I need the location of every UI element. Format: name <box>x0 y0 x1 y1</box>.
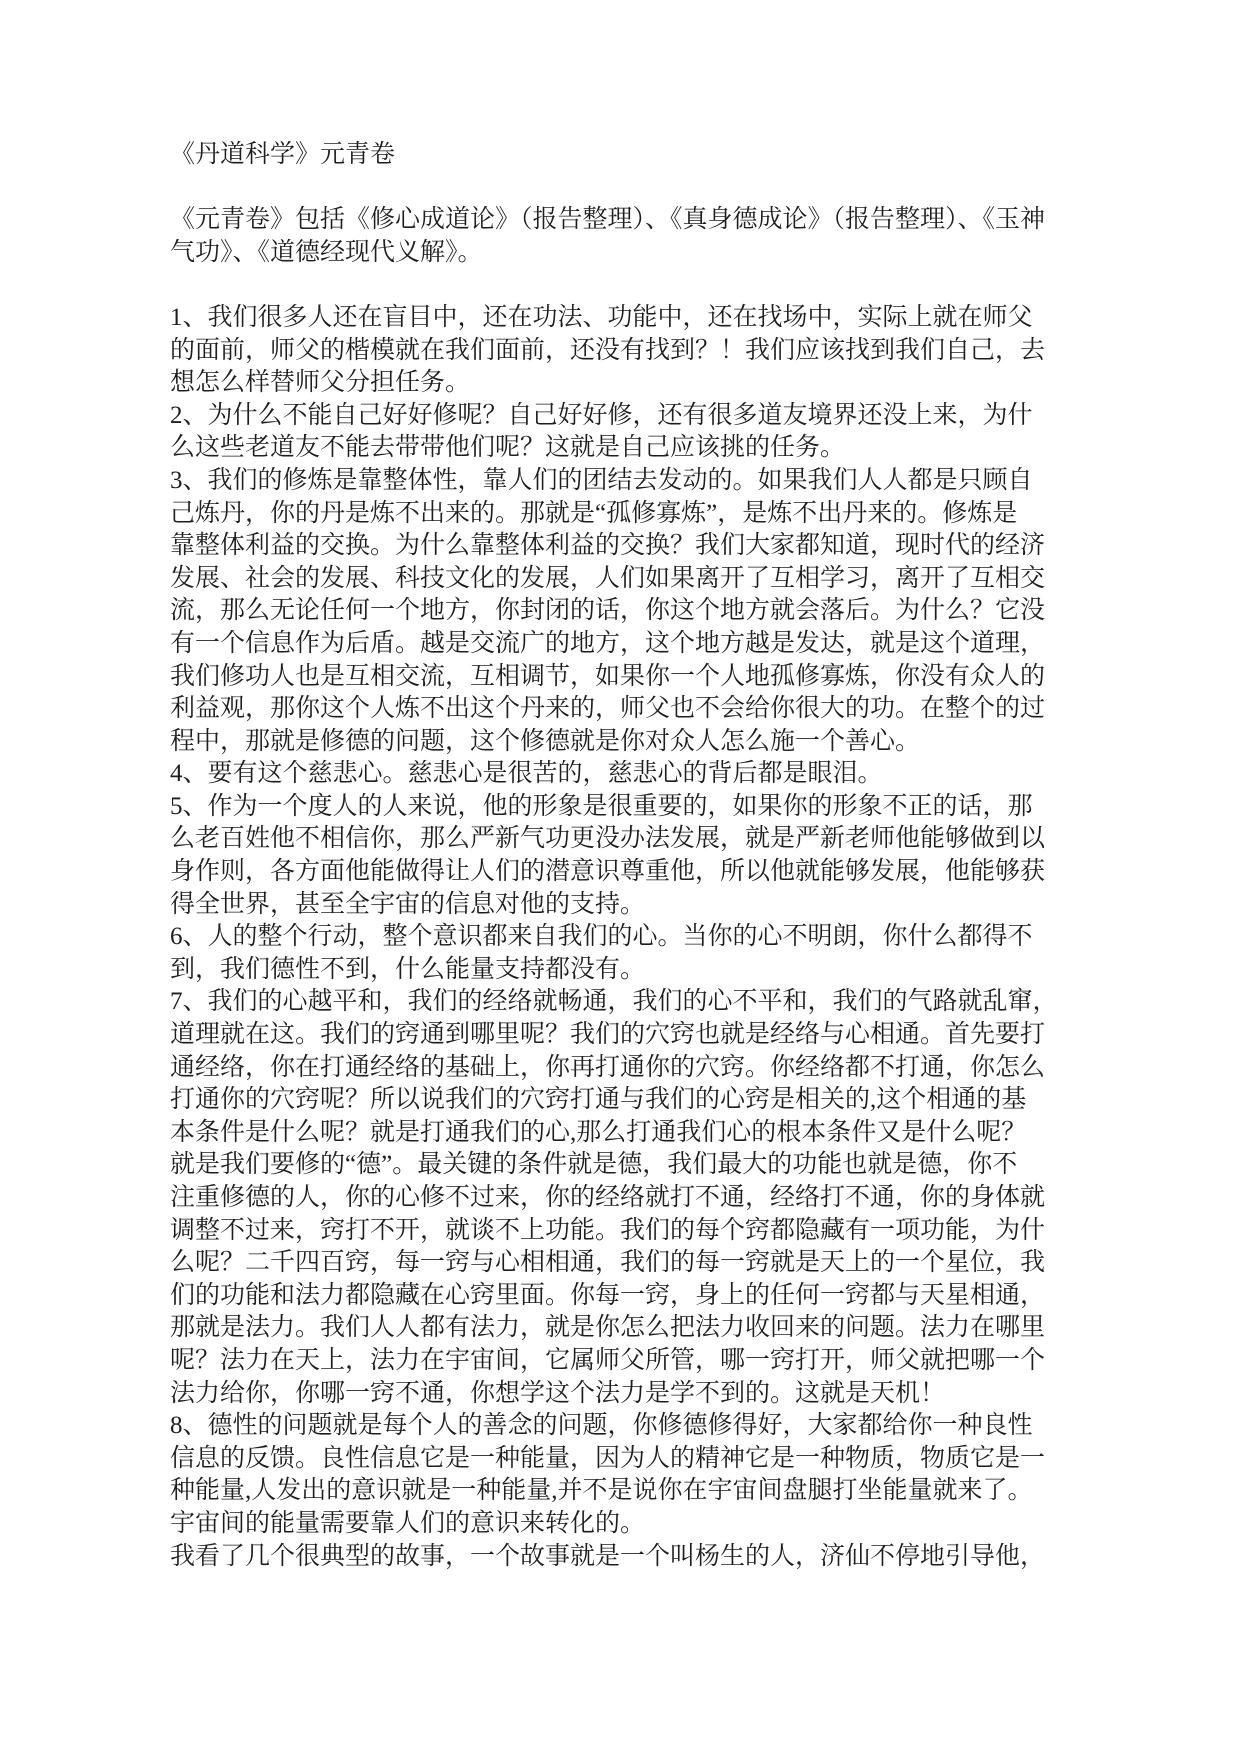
text-line: 注重修德的人，你的心修不过来，你的经络就打不通，经络打不通，你的身体就 <box>170 1182 1075 1215</box>
text-line: 己炼丹，你的丹是炼不出来的。那就是“孤修寡炼”，是炼不出丹来的。修炼是 <box>170 498 1075 531</box>
text-line: 1、我们很多人还在盲目中，还在功法、功能中，还在找场中，实际上就在师父 <box>170 302 1075 335</box>
text-line: 程中，那就是修德的问题，这个修德就是你对众人怎么施一个善心。 <box>170 726 1075 759</box>
text-line: 利益观，那你这个人炼不出这个丹来的，师父也不会给你很大的功。在整个的过 <box>170 693 1075 726</box>
text-line: 3、我们的修炼是靠整体性，靠人们的团结去发动的。如果我们人人都是只顾自 <box>170 465 1075 498</box>
text-line: 们的功能和法力都隐藏在心窍里面。你每一窍，身上的任何一窍都与天星相通， <box>170 1280 1075 1313</box>
text-line: 本条件是什么呢？就是打通我们的心,那么打通我们心的根本条件又是什么呢？ <box>170 1117 1075 1150</box>
text-line: 就是我们要修的“德”。最关键的条件就是德，我们最大的功能也就是德，你不 <box>170 1149 1075 1182</box>
text-line: 宇宙间的能量需要靠人们的意识来转化的。 <box>170 1508 1075 1541</box>
text-line: 得全世界，甚至全宇宙的信息对他的支持。 <box>170 889 1075 922</box>
text-line: 8、德性的问题就是每个人的善念的问题，你修德修得好，大家都给你一种良性 <box>170 1410 1075 1443</box>
text-line: 么这些老道友不能去带带他们呢？这就是自己应该挑的任务。 <box>170 432 1075 465</box>
text-line: 那就是法力。我们人人都有法力，就是你怎么把法力收回来的问题。法力在哪里 <box>170 1312 1075 1345</box>
text-line: 调整不过来，窍打不开，就谈不上功能。我们的每个窍都隐藏有一项功能，为什 <box>170 1215 1075 1248</box>
paragraph-item-6: 6、人的整个行动，整个意识都来自我们的心。当你的心不明朗，你什么都得不到，我们德… <box>170 921 1075 986</box>
text-line: 有一个信息作为后盾。越是交流广的地方，这个地方越是发达，就是这个道理， <box>170 628 1075 661</box>
paragraph-item-2: 2、为什么不能自己好好修呢？自己好好修，还有很多道友境界还没上来，为什么这些老道… <box>170 400 1075 465</box>
text-line: 身作则，各方面他能做得让人们的潜意识尊重他，所以他就能够发展，他能够获 <box>170 856 1075 889</box>
text-line: 2、为什么不能自己好好修呢？自己好好修，还有很多道友境界还没上来，为什 <box>170 400 1075 433</box>
text-line: 我们修功人也是互相交流，互相调节，如果你一个人地孤修寡炼，你没有众人的 <box>170 661 1075 694</box>
paragraph-item-1: 1、我们很多人还在盲目中，还在功法、功能中，还在找场中，实际上就在师父的面前，师… <box>170 302 1075 400</box>
document-page: 《丹道科学》元青卷 《元青卷》包括《修心成道论》（报告整理）、《真身德成论》（报… <box>170 139 1075 1573</box>
paragraph-overview: 《元青卷》包括《修心成道论》（报告整理）、《真身德成论》（报告整理）、《玉神气功… <box>170 204 1075 269</box>
text-line: 气功》、《道德经现代义解》。 <box>170 237 1075 270</box>
text-line: 呢？法力在天上，法力在宇宙间，它属师父所管，哪一窍打开，师父就把哪一个 <box>170 1345 1075 1378</box>
text-line: 打通你的穴窍呢？所以说我们的穴窍打通与我们的心窍是相关的,这个相通的基 <box>170 1084 1075 1117</box>
document-title: 《丹道科学》元青卷 <box>170 139 1075 172</box>
paragraph-item-5: 5、作为一个度人的人来说，他的形象是很重要的，如果你的形象不正的话，那么老百姓他… <box>170 791 1075 921</box>
paragraph-item-3: 3、我们的修炼是靠整体性，靠人们的团结去发动的。如果我们人人都是只顾自己炼丹，你… <box>170 465 1075 758</box>
text-line: 发展、社会的发展、科技文化的发展，人们如果离开了互相学习，离开了互相交 <box>170 563 1075 596</box>
text-line: 通经络，你在打通经络的基础上，你再打通你的穴窍。你经络都不打通，你怎么 <box>170 1052 1075 1085</box>
text-line: 7、我们的心越平和，我们的经络就畅通，我们的心不平和，我们的气路就乱窜， <box>170 986 1075 1019</box>
paragraph-item-7: 7、我们的心越平和，我们的经络就畅通，我们的心不平和，我们的气路就乱窜，道理就在… <box>170 986 1075 1410</box>
text-line: 4、要有这个慈悲心。慈悲心是很苦的，慈悲心的背后都是眼泪。 <box>170 758 1075 791</box>
text-line: 流，那么无论任何一个地方，你封闭的话，你这个地方就会落后。为什么？它没 <box>170 595 1075 628</box>
document-body: 《元青卷》包括《修心成道论》（报告整理）、《真身德成论》（报告整理）、《玉神气功… <box>170 204 1075 1573</box>
text-line: 到，我们德性不到，什么能量支持都没有。 <box>170 954 1075 987</box>
text-line: 6、人的整个行动，整个意识都来自我们的心。当你的心不明朗，你什么都得不 <box>170 921 1075 954</box>
text-line: 靠整体利益的交换。为什么靠整体利益的交换？我们大家都知道，现时代的经济 <box>170 530 1075 563</box>
paragraph-closing: 我看了几个很典型的故事，一个故事就是一个叫杨生的人，济仙不停地引导他， <box>170 1541 1075 1574</box>
text-line: 5、作为一个度人的人来说，他的形象是很重要的，如果你的形象不正的话，那 <box>170 791 1075 824</box>
text-line: 想怎么样替师父分担任务。 <box>170 367 1075 400</box>
paragraph-item-4: 4、要有这个慈悲心。慈悲心是很苦的，慈悲心的背后都是眼泪。 <box>170 758 1075 791</box>
text-line: 种能量,人发出的意识就是一种能量,并不是说你在宇宙间盘腿打坐能量就来了。 <box>170 1475 1075 1508</box>
text-line: 的面前，师父的楷模就在我们面前，还没有找到？！我们应该找到我们自己，去 <box>170 335 1075 368</box>
paragraph-item-8: 8、德性的问题就是每个人的善念的问题，你修德修得好，大家都给你一种良性信息的反馈… <box>170 1410 1075 1540</box>
text-line: 道理就在这。我们的窍通到哪里呢？我们的穴窍也就是经络与心相通。首先要打 <box>170 1019 1075 1052</box>
text-line: 法力给你，你哪一窍不通，你想学这个法力是学不到的。这就是天机！ <box>170 1378 1075 1411</box>
text-line: 么老百姓他不相信你，那么严新气功更没办法发展，就是严新老师他能够做到以 <box>170 823 1075 856</box>
text-line: 信息的反馈。良性信息它是一种能量，因为人的精神它是一种物质，物质它是一 <box>170 1443 1075 1476</box>
text-line: 《元青卷》包括《修心成道论》（报告整理）、《真身德成论》（报告整理）、《玉神 <box>170 204 1075 237</box>
text-line: 么呢？二千四百窍，每一窍与心相相通，我们的每一窍就是天上的一个星位，我 <box>170 1247 1075 1280</box>
text-line: 我看了几个很典型的故事，一个故事就是一个叫杨生的人，济仙不停地引导他， <box>170 1541 1075 1574</box>
